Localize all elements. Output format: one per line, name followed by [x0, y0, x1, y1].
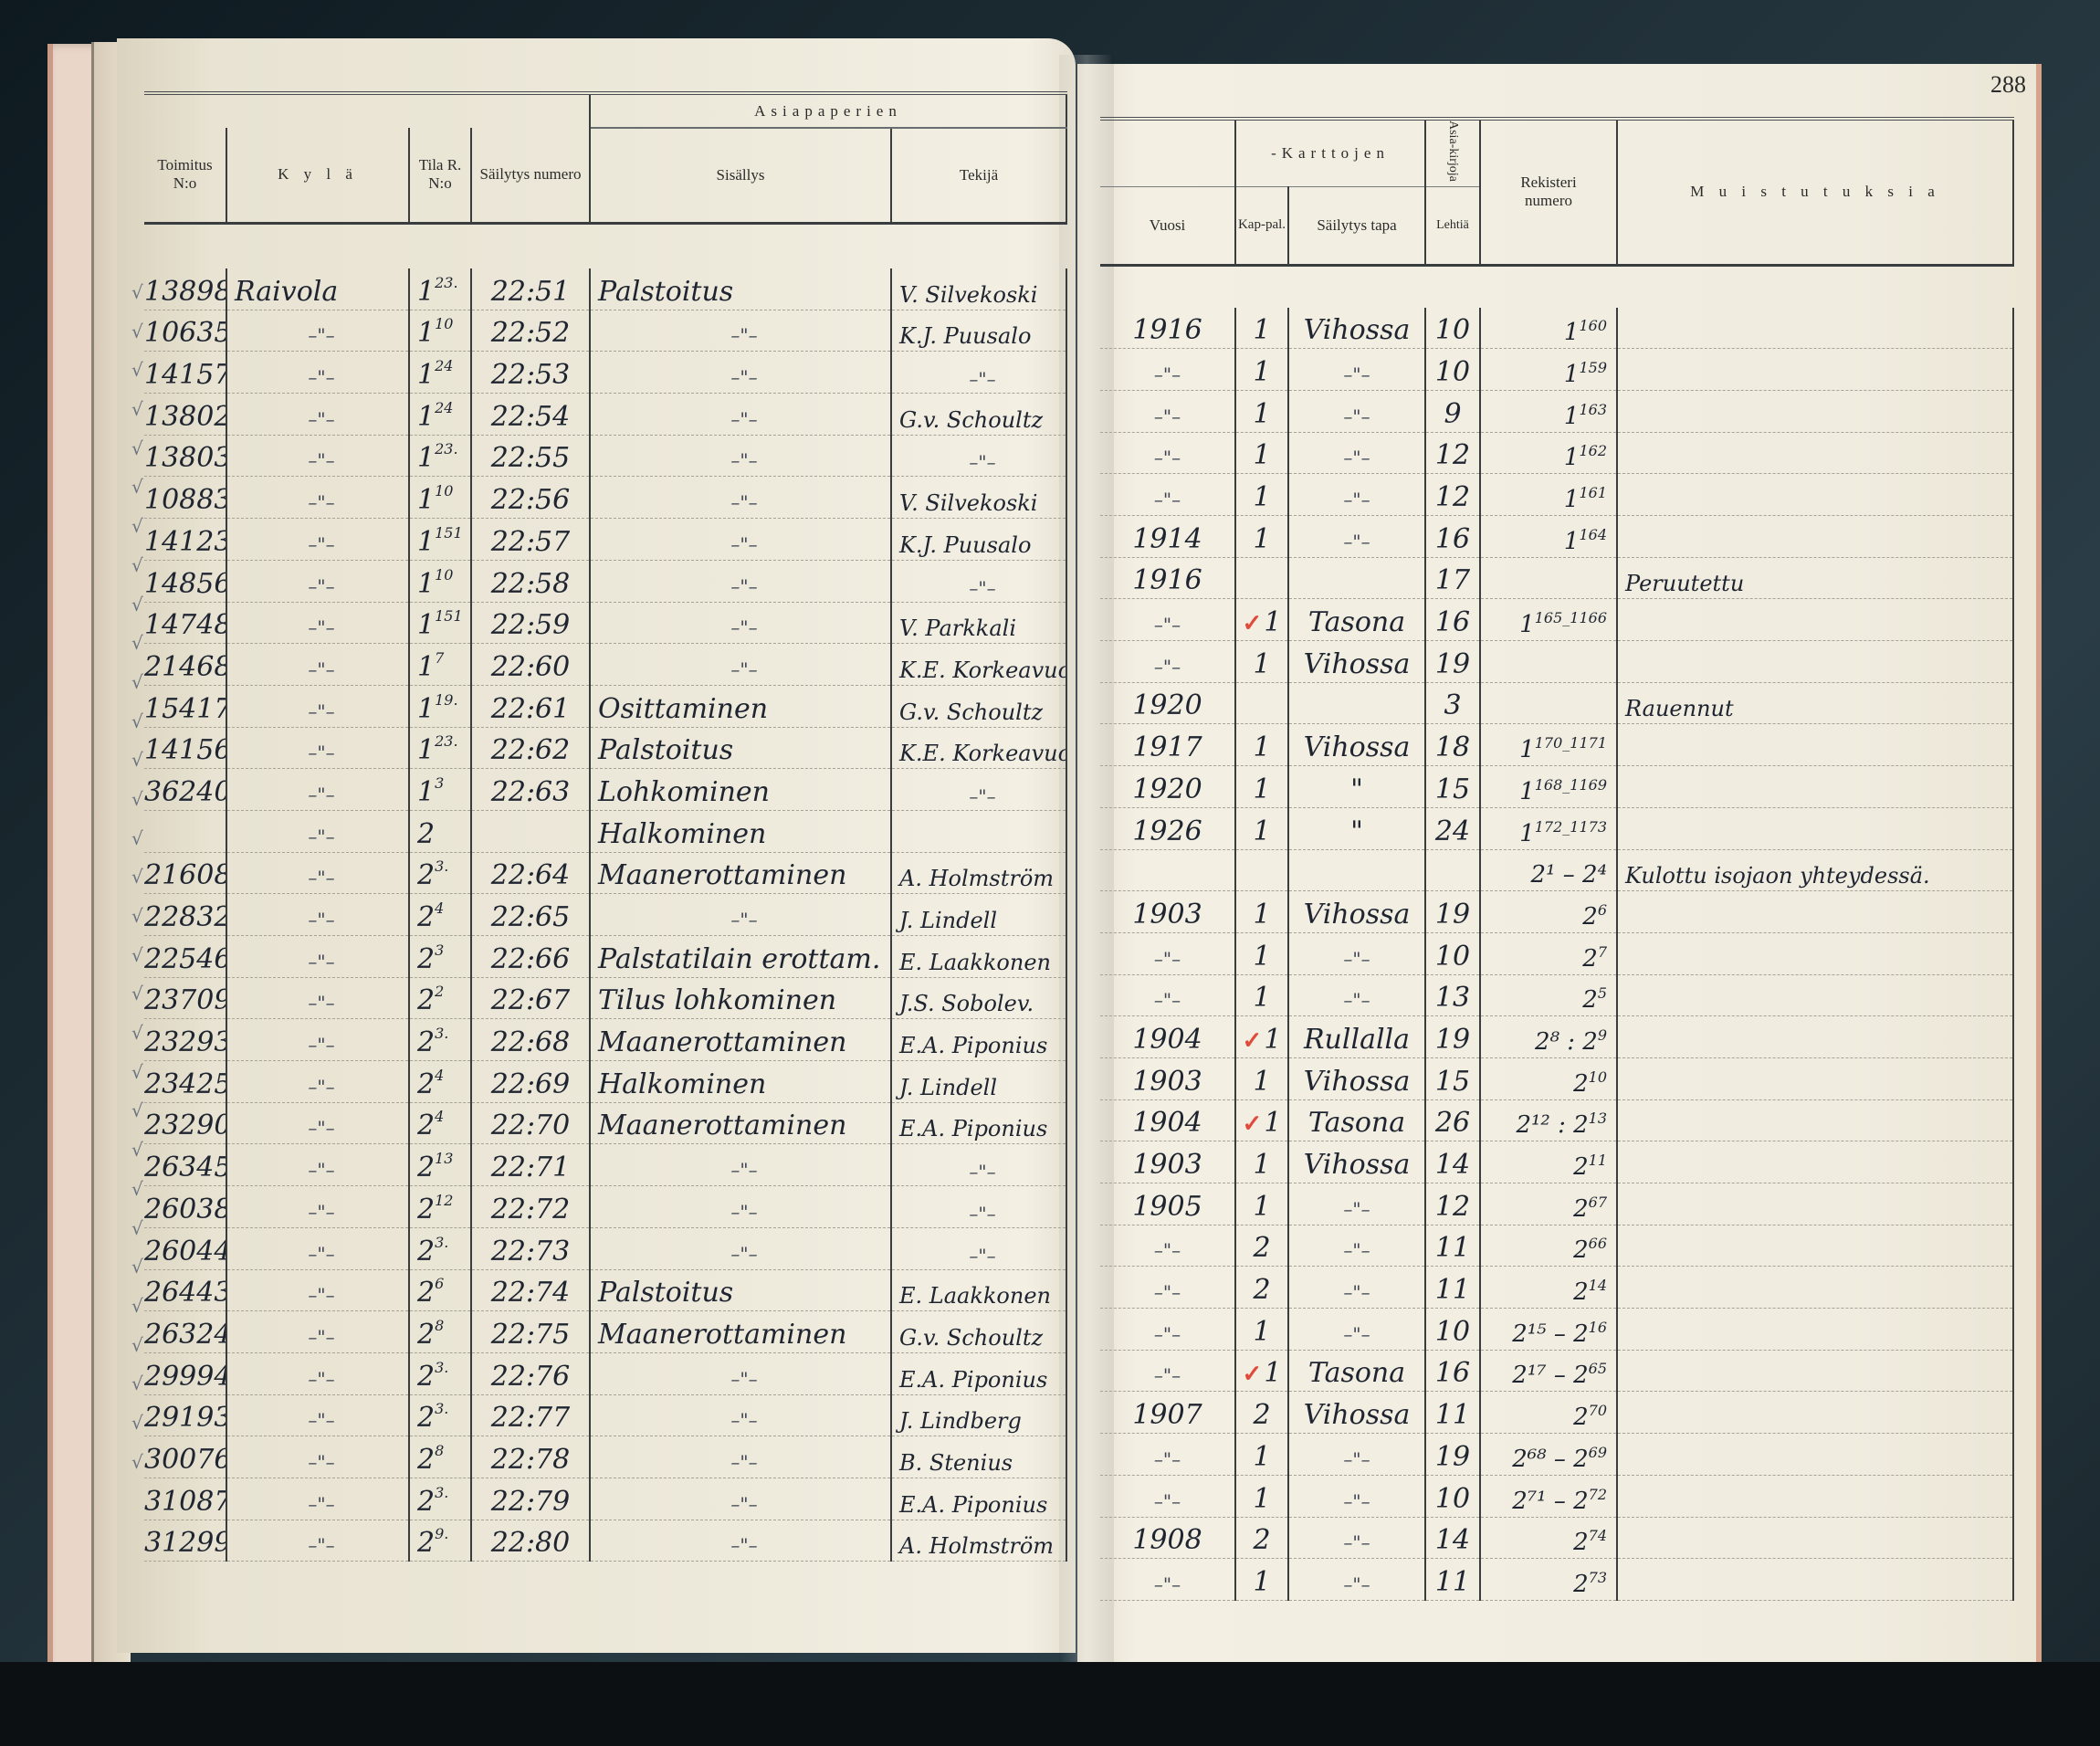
register-number-value: 1 [1519, 778, 1535, 805]
storage-method-value: " [1350, 773, 1363, 805]
contents: Maanerottaminen [590, 1102, 891, 1144]
sheet-count-value: 9 [1444, 398, 1461, 430]
village: –"– [226, 1478, 409, 1520]
remark [1617, 1183, 2013, 1225]
register-number: 214 [1480, 1267, 1617, 1309]
remark-value: Rauennut [1625, 696, 1734, 721]
remark [1617, 1350, 2013, 1392]
village: –"– [226, 1269, 409, 1311]
storage-method-value: Vihossa [1304, 731, 1411, 763]
sheet-count-value: 19 [1435, 1024, 1470, 1056]
register-number: 27 [1480, 932, 1617, 974]
year: –"– [1100, 1559, 1235, 1601]
storage-number: 22:60 [471, 644, 590, 686]
sheet-count-value: 17 [1435, 564, 1470, 596]
storage-method: Vihossa [1288, 308, 1425, 349]
tila-number: 1151 [409, 519, 471, 561]
contents: –"– [590, 602, 891, 644]
year: –"– [1100, 1475, 1235, 1517]
village: –"– [226, 1520, 409, 1562]
author: V. Silvekoski [891, 477, 1066, 519]
copies: 1 [1235, 932, 1288, 974]
remark [1617, 432, 2013, 474]
register-number: 267 [1480, 1183, 1617, 1225]
storage-method: Vihossa [1288, 724, 1425, 766]
contents: –"– [590, 435, 891, 477]
tila-number-superscript: 3. [435, 1234, 448, 1251]
table-row: 21608–"–23.22:64MaanerottaminenA. Holmst… [144, 852, 1066, 894]
contents-value: –"– [730, 1368, 757, 1390]
tila-number-value: 1 [417, 317, 435, 349]
village-value: –"– [308, 533, 334, 555]
author: K.J. Puusalo [891, 310, 1066, 352]
copies: 1 [1235, 1309, 1288, 1351]
village: –"– [226, 1144, 409, 1186]
author: A. Holmström [891, 1520, 1066, 1562]
author-value: V. Silvekoski [899, 490, 1037, 516]
year: –"– [1100, 974, 1235, 1016]
tila-number-superscript: 12 [435, 1192, 453, 1209]
remark: Peruutettu [1617, 557, 2013, 599]
copies: 1 [1235, 516, 1288, 558]
year: 1903 [1100, 1141, 1235, 1183]
year-value: 1904 [1132, 1024, 1202, 1056]
author: K.E. Korkeavuori [891, 644, 1066, 686]
red-check-icon: ✓ [1243, 1027, 1263, 1055]
copies-value: 1 [1253, 899, 1270, 931]
check-mark-icon: √ [131, 459, 159, 499]
register-number-superscript: 74 [1589, 1527, 1607, 1544]
tila-number-value: 2 [417, 1152, 435, 1183]
tila-number-superscript: 4 [435, 1108, 444, 1125]
register-number-superscript: 69 [1589, 1444, 1607, 1461]
copies-value: 1 [1253, 398, 1270, 430]
table-row: –"–✓1Tasona161165_1166 [1100, 599, 2013, 641]
village-value: –"– [308, 449, 334, 471]
storage-method-value: Rullalla [1304, 1024, 1410, 1056]
sheet-count-value: 12 [1435, 481, 1470, 513]
sheet-count-value: 19 [1435, 1441, 1470, 1473]
village: –"– [226, 310, 409, 352]
tila-number-superscript: 10 [435, 315, 453, 332]
toimitus-number-value: 31299 [144, 1527, 226, 1559]
tila-number-superscript: 3 [435, 941, 444, 959]
table-row: 13802–"–12422:54–"–G.v. Schoultz [144, 394, 1066, 436]
header-kyla: K y l ä [226, 128, 409, 223]
tila-number: 119. [409, 685, 471, 727]
copies-value: 1 [1253, 731, 1270, 763]
year-value: –"– [1154, 1239, 1181, 1261]
author: E.A. Piponius [891, 1102, 1066, 1144]
author: J. Lindell [891, 1061, 1066, 1103]
year-value: 1920 [1132, 773, 1202, 805]
year: 1904 [1100, 1099, 1235, 1141]
sheet-count: 24 [1425, 807, 1480, 849]
table-row: –"–2–"–11266 [1100, 1225, 2013, 1267]
check-mark-icon: √ [131, 772, 159, 811]
tila-number-superscript: 13 [435, 1150, 453, 1167]
copies: 1 [1235, 724, 1288, 766]
storage-method-value: –"– [1343, 447, 1370, 468]
register-number-value: 2 [1582, 903, 1598, 931]
copies-value: 2 [1253, 1232, 1270, 1264]
register-number: 2¹ – 2⁴ [1480, 849, 1617, 891]
copies-value: 1 [1253, 815, 1270, 847]
register-number-value: 1 [1564, 444, 1580, 471]
tila-number-superscript: 3. [435, 857, 448, 875]
check-mark-icon: √ [131, 265, 159, 304]
copies: 1 [1235, 474, 1288, 516]
year: –"– [1100, 1309, 1235, 1351]
register-number: 2¹⁵ – 216 [1480, 1309, 1617, 1351]
storage-number: 22:62 [471, 727, 590, 769]
table-row: 26443–"–2622:74PalstoitusE. Laakkonen [144, 1269, 1066, 1311]
header-sailytys-tapa: Säilytys tapa [1288, 186, 1425, 265]
storage-number [471, 810, 590, 852]
tila-number: 123. [409, 268, 471, 310]
register-number: 1163 [1480, 390, 1617, 432]
village: –"– [226, 477, 409, 519]
year-value: 1920 [1132, 689, 1202, 721]
contents: –"– [590, 310, 891, 352]
author: –"– [891, 435, 1066, 477]
author-value: J. Lindell [899, 908, 997, 933]
tila-number-value: 2 [417, 818, 435, 850]
tila-number: 24 [409, 894, 471, 936]
check-mark-icon: √ [131, 1395, 159, 1435]
table-row: 26038–"–21222:72–"––"– [144, 1186, 1066, 1228]
tila-number-value: 1 [417, 693, 435, 725]
storage-number: 22:56 [471, 477, 590, 519]
sheet-count: 26 [1425, 1099, 1480, 1141]
village: –"– [226, 602, 409, 644]
year: –"– [1100, 1434, 1235, 1476]
sheet-count-value: 13 [1435, 982, 1470, 1014]
contents-value: –"– [730, 1493, 757, 1515]
sheet-count: 11 [1425, 1225, 1480, 1267]
register-number-value: 2 [1573, 1571, 1589, 1598]
remark [1617, 1267, 2013, 1309]
copies: ✓1 [1235, 1099, 1288, 1141]
storage-method: Vihossa [1288, 891, 1425, 933]
register-number-value: 1 [1564, 319, 1580, 346]
storage-number-value: 22:73 [491, 1236, 570, 1267]
tila-number: 26 [409, 1269, 471, 1311]
storage-number-value: 22:79 [491, 1486, 570, 1518]
storage-method: –"– [1288, 390, 1425, 432]
storage-number-value: 22:75 [491, 1319, 570, 1351]
tila-number-value: 1 [417, 401, 435, 433]
check-mark-icon: √ [131, 1201, 159, 1240]
table-row: 191617Peruutettu [1100, 557, 2013, 599]
storage-method: Vihossa [1288, 1392, 1425, 1434]
contents: Tilus lohkominen [590, 977, 891, 1019]
author-value: K.J. Puusalo [899, 532, 1031, 558]
register-number-value: 2 [1573, 1236, 1589, 1264]
sheet-count: 16 [1425, 599, 1480, 641]
remark [1617, 349, 2013, 391]
sheet-count-value: 11 [1435, 1232, 1470, 1264]
storage-number-value: 22:64 [491, 859, 570, 891]
author: G.v. Schoultz [891, 394, 1066, 436]
author-value: J.S. Sobolev. [899, 991, 1034, 1016]
storage-method: Tasona [1288, 1099, 1425, 1141]
storage-number: 22:55 [471, 435, 590, 477]
tila-number: 123. [409, 435, 471, 477]
sheet-count-value: 10 [1435, 356, 1470, 388]
storage-method-value: –"– [1343, 948, 1370, 970]
year-value: 1916 [1132, 314, 1202, 346]
year-value: –"– [1154, 1364, 1181, 1386]
table-row: 14856–"–11022:58–"––"– [144, 560, 1066, 602]
year: –"– [1100, 349, 1235, 391]
check-mark-icon: √ [131, 1356, 159, 1395]
author-value: –"– [969, 577, 995, 599]
author: V. Silvekoski [891, 268, 1066, 310]
sheet-count-value: 11 [1435, 1566, 1470, 1598]
storage-number: 22:61 [471, 685, 590, 727]
copies: 1 [1235, 891, 1288, 933]
author: E. Laakkonen [891, 1269, 1066, 1311]
register-number-value: 2⁷¹ – 2 [1512, 1488, 1588, 1515]
tila-number: 110 [409, 477, 471, 519]
village-value: –"– [308, 1159, 334, 1181]
storage-number-value: 22:60 [491, 651, 570, 683]
sheet-count: 14 [1425, 1141, 1480, 1183]
sheet-count: 16 [1425, 1350, 1480, 1392]
storage-number: 22:51 [471, 268, 590, 310]
village-value: –"– [308, 1409, 334, 1431]
tila-number: 23. [409, 1478, 471, 1520]
check-mark-icon: √ [131, 1318, 159, 1357]
tila-number-value: 2 [417, 859, 435, 891]
table-row: 19261"241172_1173 [1100, 807, 2013, 849]
contents: Palstoitus [590, 268, 891, 310]
sheet-count-value: 14 [1435, 1524, 1470, 1556]
village-value: –"– [308, 1076, 334, 1098]
tila-number: 23. [409, 1352, 471, 1394]
year [1100, 849, 1235, 891]
red-check-icon: ✓ [1243, 1110, 1263, 1138]
tila-number: 23 [409, 936, 471, 978]
tila-number-value: 2 [417, 1236, 435, 1267]
contents: Halkominen [590, 810, 891, 852]
register-number: 1160 [1480, 308, 1617, 349]
register-number-value: 2 [1582, 945, 1598, 973]
contents-value: Palstoitus [598, 1277, 733, 1309]
contents: Maanerottaminen [590, 852, 891, 894]
table-row: 19082–"–14274 [1100, 1517, 2013, 1559]
storage-method: –"– [1288, 516, 1425, 558]
contents: –"– [590, 519, 891, 561]
contents-value: Palstoitus [598, 276, 733, 308]
village: –"– [226, 435, 409, 477]
copies: 1 [1235, 641, 1288, 683]
table-row: 19171Vihossa181170_1171 [1100, 724, 2013, 766]
copies-value: 1 [1253, 773, 1270, 805]
contents-value: –"– [730, 408, 757, 430]
year-value: –"– [1154, 1323, 1181, 1345]
storage-number: 22:52 [471, 310, 590, 352]
tila-number-superscript: 4 [435, 899, 444, 917]
header-kappal: Kap-pal. [1235, 186, 1288, 265]
author: E.A. Piponius [891, 1352, 1066, 1394]
register-number: 1170_1171 [1480, 724, 1617, 766]
village-value: –"– [308, 1243, 334, 1265]
table-row: 23425–"–2422:69HalkominenJ. Lindell [144, 1061, 1066, 1103]
table-row: –"–1Vihossa19 [1100, 641, 2013, 683]
remark: Rauennut [1617, 682, 2013, 724]
sheet-count: 11 [1425, 1392, 1480, 1434]
storage-number-value: 22:76 [491, 1361, 570, 1393]
author [891, 810, 1066, 852]
year-value: –"– [1154, 948, 1181, 970]
check-mark-icon: √ [131, 849, 159, 889]
copies-value: 1 [1253, 523, 1270, 555]
contents-value: –"– [730, 324, 757, 346]
sheet-count: 18 [1425, 724, 1480, 766]
tila-number-value: 2 [417, 984, 435, 1016]
author: A. Holmström [891, 852, 1066, 894]
copies-value: 1 [1253, 1483, 1270, 1515]
sheet-count: 17 [1425, 557, 1480, 599]
storage-number-value: 22:74 [491, 1277, 570, 1309]
contents: –"– [590, 894, 891, 936]
village-value: –"– [308, 1201, 334, 1223]
tila-number: 24 [409, 1061, 471, 1103]
year: –"– [1100, 432, 1235, 474]
storage-number: 22:64 [471, 852, 590, 894]
author-value: –"– [969, 1245, 995, 1267]
contents-value: Halkominen [598, 818, 766, 850]
sheet-count-value: 19 [1435, 899, 1470, 931]
tila-number-value: 2 [417, 1527, 435, 1559]
year-value: –"– [1154, 1573, 1181, 1595]
check-mark-icon: √ [131, 1083, 159, 1122]
tila-number: 28 [409, 1311, 471, 1353]
contents: –"– [590, 477, 891, 519]
contents: Palstatilain erottam. [590, 936, 891, 978]
storage-method: –"– [1288, 932, 1425, 974]
copies-value: 1 [1253, 1316, 1270, 1348]
header-asiakirjoja: Asia-kirjoja [1445, 121, 1460, 182]
tila-number-superscript: 8 [435, 1442, 444, 1459]
storage-method: –"– [1288, 1475, 1425, 1517]
author-value: G.v. Schoultz [899, 407, 1043, 433]
sheet-count: 9 [1425, 390, 1480, 432]
contents: –"– [590, 394, 891, 436]
year-value: 1908 [1132, 1524, 1202, 1556]
copies: 1 [1235, 1559, 1288, 1601]
village-value: Raivola [235, 276, 338, 308]
year: 1905 [1100, 1183, 1235, 1225]
tila-number-value: 1 [417, 442, 435, 474]
storage-method: Rullalla [1288, 1016, 1425, 1058]
copies-value: 1 [1264, 1107, 1281, 1139]
storage-method-value: –"– [1343, 405, 1370, 427]
year: –"– [1100, 390, 1235, 432]
check-mark-icon: √ [131, 342, 159, 382]
table-row: 19031Vihossa15210 [1100, 1057, 2013, 1099]
table-row: –"–1–"–102¹⁵ – 216 [1100, 1309, 2013, 1351]
header-toimitus: Toimitus N:o [144, 128, 226, 223]
village: –"– [226, 727, 409, 769]
table-row: 1904✓1Tasona262¹² : 213 [1100, 1099, 2013, 1141]
author: –"– [891, 769, 1066, 811]
tila-number-superscript: 6 [435, 1275, 444, 1292]
tila-number-value: 1 [417, 609, 435, 641]
storage-number: 22:70 [471, 1102, 590, 1144]
contents-value: Palstoitus [598, 734, 733, 766]
contents: –"– [590, 1478, 891, 1520]
village: –"– [226, 1186, 409, 1228]
tila-number-superscript: 19. [435, 691, 457, 709]
copies: ✓1 [1235, 1350, 1288, 1392]
tila-number-value: 1 [417, 568, 435, 600]
check-mark-icon: √ [131, 889, 159, 928]
year-value: 1903 [1132, 899, 1202, 931]
tila-number-value: 1 [417, 484, 435, 516]
sheet-count: 10 [1425, 308, 1480, 349]
storage-method-value: Tasona [1308, 1357, 1405, 1389]
table-row: 29994–"–23.22:76–"–E.A. Piponius [144, 1352, 1066, 1394]
author: E.A. Piponius [891, 1019, 1066, 1061]
remark [1617, 1559, 2013, 1601]
village-value: –"– [308, 575, 334, 597]
check-mark-icon: √ [131, 1239, 159, 1278]
storage-number: 22:65 [471, 894, 590, 936]
storage-method-value: –"– [1343, 989, 1370, 1011]
tila-number-superscript: 3. [435, 1359, 448, 1376]
year-value: 1904 [1132, 1107, 1202, 1139]
village-value: –"– [308, 909, 334, 931]
copies-value: 2 [1253, 1399, 1270, 1431]
check-mark-icon: √ [131, 928, 159, 967]
header-tila: Tila R. N:o [409, 128, 471, 223]
check-mark-icon: √ [131, 421, 159, 460]
copies-value: 1 [1253, 481, 1270, 513]
sheet-count-value: 14 [1435, 1149, 1470, 1181]
year: 1926 [1100, 807, 1235, 849]
table-row: –"–1–"–11273 [1100, 1559, 2013, 1601]
sheet-count-value: 18 [1435, 731, 1470, 763]
tila-number-value: 2 [417, 1361, 435, 1393]
storage-method-value: –"– [1343, 1281, 1370, 1303]
right-ledger-body: 19161Vihossa101160–"–1–"–101159–"–1–"–91… [1100, 308, 2013, 1601]
table-row: 31299–"–29.22:80–"–A. Holmström [144, 1520, 1066, 1562]
storage-number: 22:57 [471, 519, 590, 561]
check-mark-icon: √ [131, 1278, 159, 1318]
storage-number: 22:71 [471, 1144, 590, 1186]
sheet-count: 19 [1425, 1434, 1480, 1476]
register-number-value: 2¹⁵ – 2 [1512, 1320, 1588, 1348]
left-ledger-body: 13898Raivola123.22:51PalstoitusV. Silvek… [144, 268, 1066, 1562]
register-number-value: 2 [1573, 1278, 1589, 1306]
author: K.J. Puusalo [891, 519, 1066, 561]
table-row: 26044–"–23.22:73–"––"– [144, 1227, 1066, 1269]
storage-method-value: Tasona [1308, 606, 1405, 638]
register-number-value: 2¹ – 2⁴ [1531, 861, 1607, 889]
tila-number-value: 2 [417, 901, 435, 933]
author-value: –"– [969, 1203, 995, 1225]
contents-value: –"– [730, 616, 757, 638]
storage-number-value: 22:78 [491, 1444, 570, 1476]
year-value: –"– [1154, 656, 1181, 678]
table-row: 10635–"–11022:52–"–K.J. Puusalo [144, 310, 1066, 352]
storage-method: Tasona [1288, 1350, 1425, 1392]
check-mark-icon: √ [131, 966, 159, 1005]
author-value: E. Laakkonen [899, 1283, 1051, 1309]
